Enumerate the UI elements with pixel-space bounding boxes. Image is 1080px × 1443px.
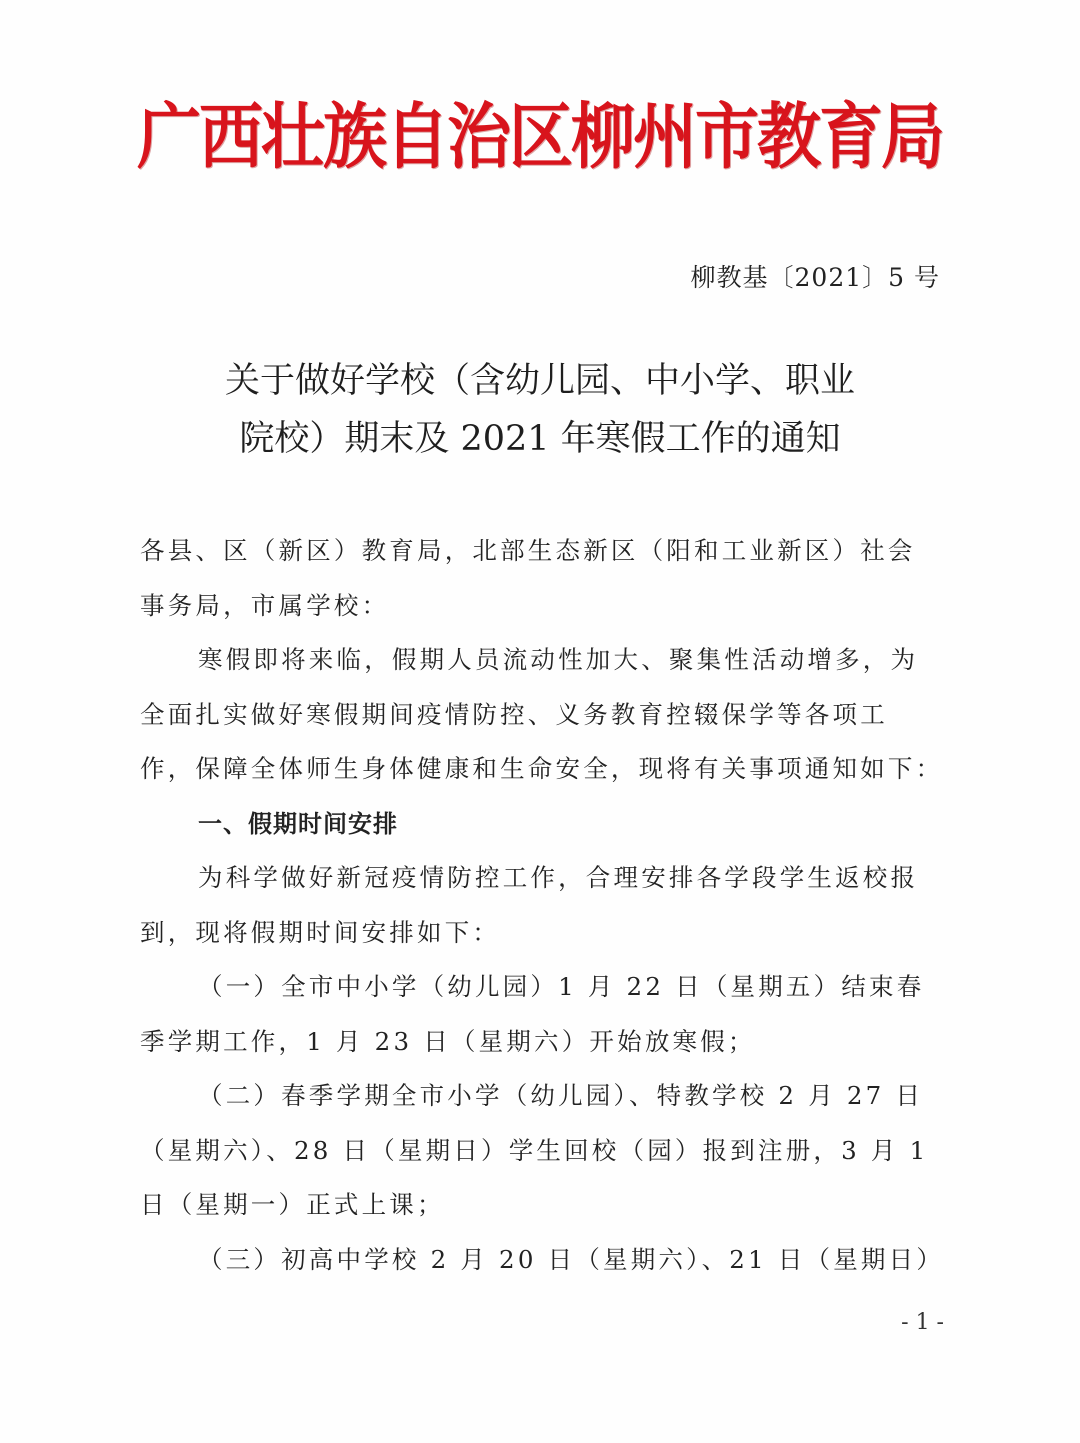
- item-2-line-1: （二）春季学期全市小学（幼儿园）、特教学校 2 月 27 日: [140, 1069, 940, 1124]
- document-title-line-1: 关于做好学校（含幼儿园、中小学、职业: [140, 352, 940, 410]
- item-1-line-2: 季学期工作，1 月 23 日（星期六）开始放寒假；: [140, 1015, 940, 1070]
- section1-intro-line-1: 为科学做好新冠疫情防控工作，合理安排各学段学生返校报: [140, 851, 940, 906]
- document-body: 各县、区（新区）教育局，北部生态新区（阳和工业新区）社会 事务局，市属学校： 寒…: [140, 524, 940, 1287]
- addressee-line-1: 各县、区（新区）教育局，北部生态新区（阳和工业新区）社会: [140, 524, 940, 579]
- document-page: 广西壮族自治区柳州市教育局 柳教基〔2021〕5 号 关于做好学校（含幼儿园、中…: [0, 0, 1080, 1443]
- intro-line-1: 寒假即将来临，假期人员流动性加大、聚集性活动增多，为: [140, 633, 940, 688]
- item-1-line-1: （一）全市中小学（幼儿园）1 月 22 日（星期五）结束春: [140, 960, 940, 1015]
- item-3-line-1: （三）初高中学校 2 月 20 日（星期六）、21 日（星期日）: [140, 1233, 940, 1288]
- document-number: 柳教基〔2021〕5 号: [691, 258, 940, 298]
- document-title-line-2: 院校）期末及 2021 年寒假工作的通知: [140, 410, 940, 468]
- item-2-line-3: 日（星期一）正式上课；: [140, 1178, 940, 1233]
- page-number: - 1 -: [901, 1310, 944, 1335]
- addressee-line-2: 事务局，市属学校：: [140, 579, 940, 634]
- section1-intro-line-2: 到，现将假期时间安排如下：: [140, 906, 940, 961]
- intro-line-3: 作，保障全体师生身体健康和生命安全，现将有关事项通知如下：: [140, 742, 940, 797]
- item-2-line-2: （星期六）、28 日（星期日）学生回校（园）报到注册，3 月 1: [140, 1124, 940, 1179]
- document-title: 关于做好学校（含幼儿园、中小学、职业 院校）期末及 2021 年寒假工作的通知: [140, 352, 940, 468]
- issuer-header: 广西壮族自治区柳州市教育局: [130, 93, 950, 183]
- section-heading-holiday-schedule: 一、假期时间安排: [140, 797, 940, 852]
- intro-line-2: 全面扎实做好寒假期间疫情防控、义务教育控辍保学等各项工: [140, 688, 940, 743]
